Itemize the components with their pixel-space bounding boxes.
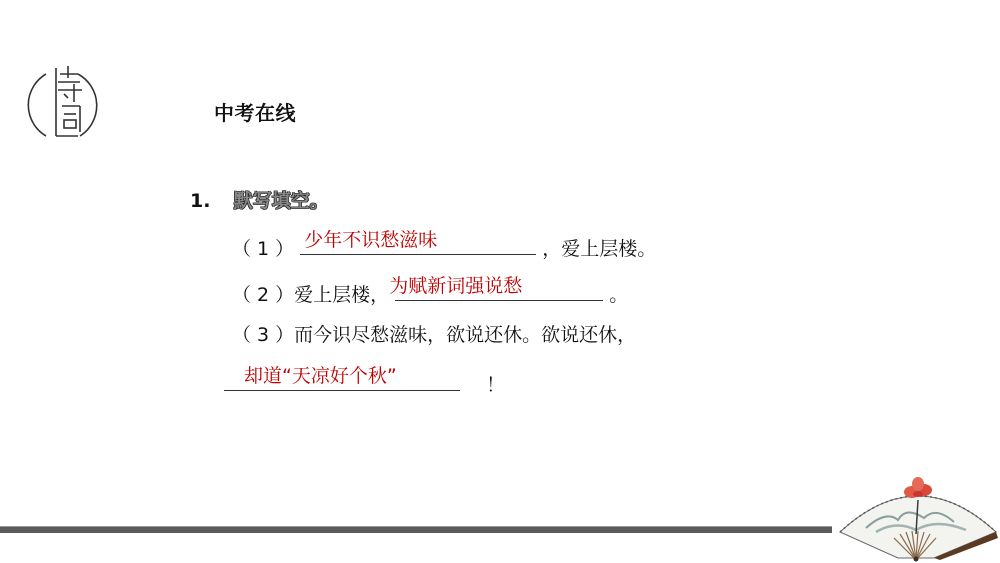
answer-text: 却道“天凉好个秋” [244,361,397,388]
line-prefix: （ 2 ）爱上层楼， [232,284,389,306]
line-text: （ 3 ）而今识尽愁滋味，欲说还休。欲说还休， [232,324,636,346]
poetry-seal-icon [16,60,102,146]
fill-line-1: （ 1 ） 少年不识愁滋味 ，爱上层楼。 [232,230,656,261]
fill-line-3: （ 3 ）而今识尽愁滋味，欲说还休。欲说还休， [232,320,636,347]
question-heading: 1. 默写填空。 [190,186,329,213]
answer-blank-1[interactable]: 少年不识愁滋味 [300,230,536,255]
answer-text: 为赋新词强说愁 [389,271,522,298]
footer-bar [0,526,832,533]
answer-blank-2[interactable]: 为赋新词强说愁 [395,276,603,301]
line-suffix: ，爱上层楼。 [542,238,656,260]
answer-text: 少年不识愁滋味 [304,225,437,252]
question-label: 默写填空。 [234,190,329,212]
folding-fan-lotus-icon [836,470,1000,563]
section-title: 中考在线 [214,97,296,126]
line-suffix: ！ [486,374,505,396]
question-number: 1. [190,190,210,212]
line-prefix: （ 1 ） [232,238,294,260]
fill-line-4: 却道“天凉好个秋” ！ [224,366,505,397]
answer-blank-3[interactable]: 却道“天凉好个秋” [224,366,460,391]
line-suffix: 。 [609,284,628,306]
fill-line-2: （ 2 ）爱上层楼， 为赋新词强说愁 。 [232,276,628,307]
